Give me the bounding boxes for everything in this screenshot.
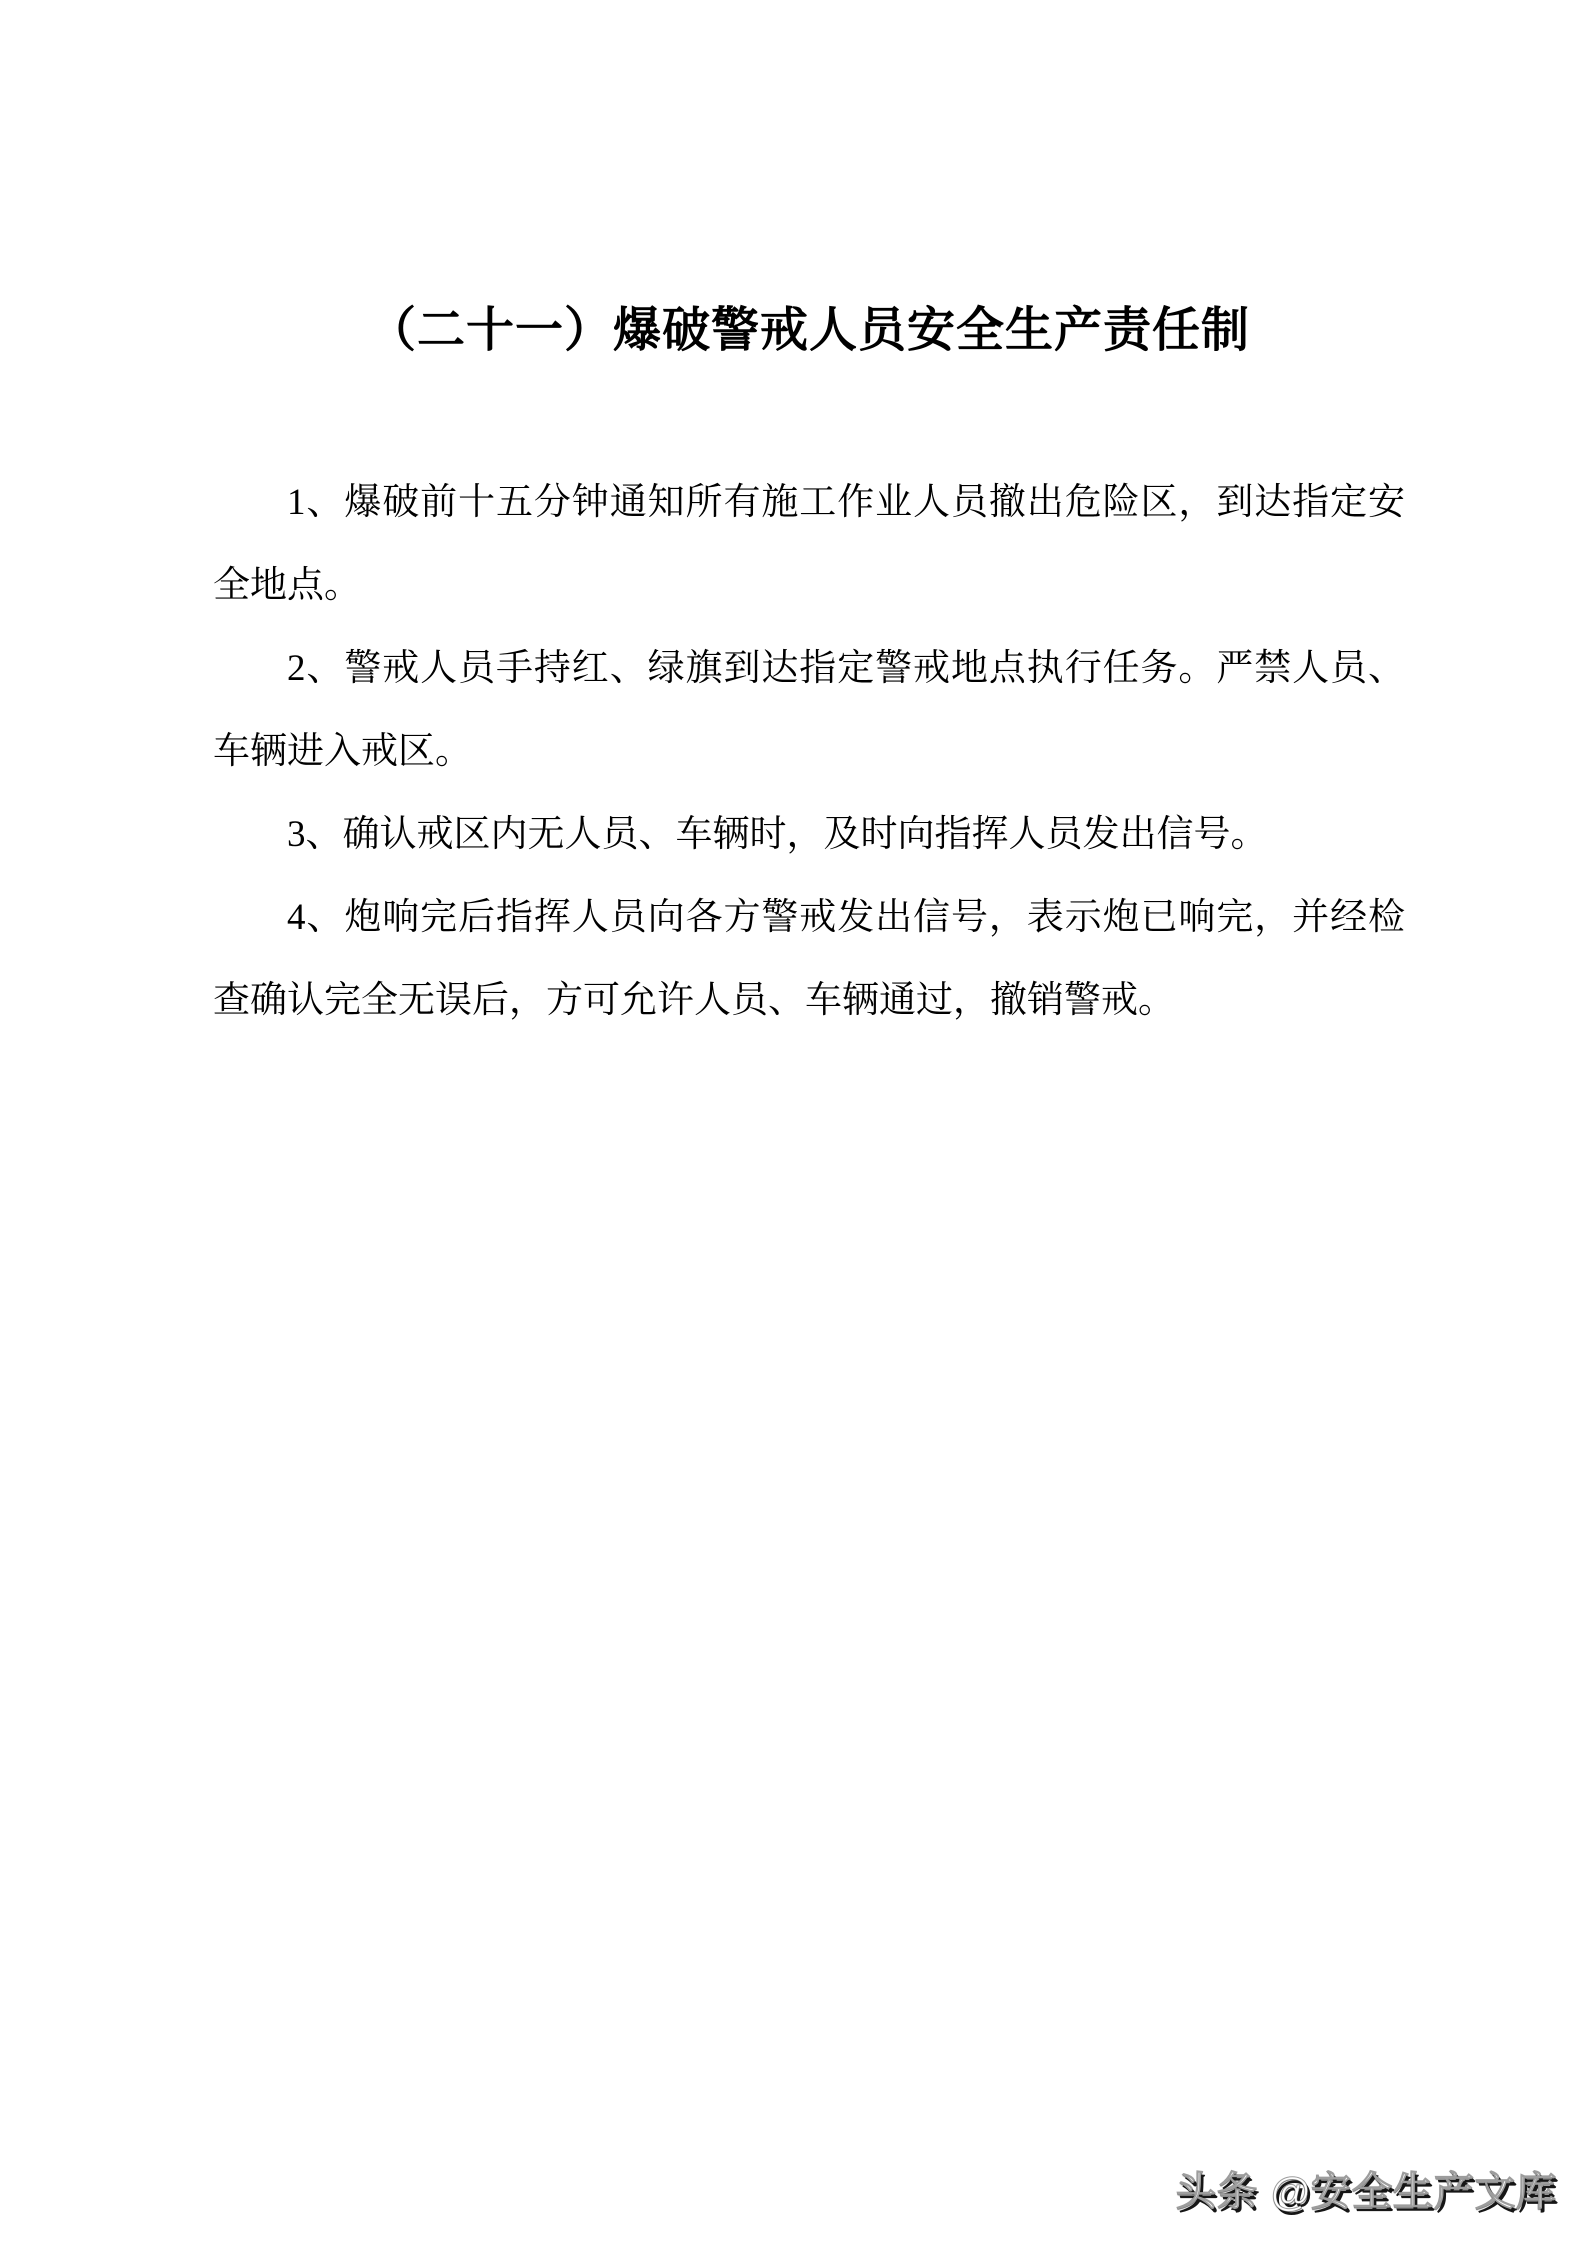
watermark: 头条@安全生产文库 [1176, 2160, 1557, 2217]
paragraph-1-line-1: 1、爆破前十五分钟通知所有施工作业人员撤出危险区，到达指定安 [213, 461, 1405, 544]
paragraph-2-line-1: 2、警戒人员手持红、绿旗到达指定警戒地点执行任务。严禁人员、 [213, 627, 1405, 710]
watermark-handle: @安全生产文库 [1271, 2170, 1557, 2214]
document-title: （二十一）爆破警戒人员安全生产责任制 [213, 302, 1405, 360]
watermark-brand: 头条 [1176, 2170, 1258, 2214]
paragraph-1-line-2: 全地点。 [213, 544, 1405, 627]
document-body: 1、爆破前十五分钟通知所有施工作业人员撤出危险区，到达指定安 全地点。 2、警戒… [213, 461, 1405, 1042]
paragraph-4-line-1: 4、炮响完后指挥人员向各方警戒发出信号，表示炮已响完，并经检 [213, 876, 1405, 959]
paragraph-2-line-2: 车辆进入戒区。 [213, 710, 1405, 793]
paragraph-4-line-2: 查确认完全无误后，方可允许人员、车辆通过，撤销警戒。 [213, 959, 1405, 1042]
paragraph-3-line-1: 3、确认戒区内无人员、车辆时，及时向指挥人员发出信号。 [213, 793, 1405, 876]
document-page: （二十一）爆破警戒人员安全生产责任制 1、爆破前十五分钟通知所有施工作业人员撤出… [0, 0, 1587, 2245]
